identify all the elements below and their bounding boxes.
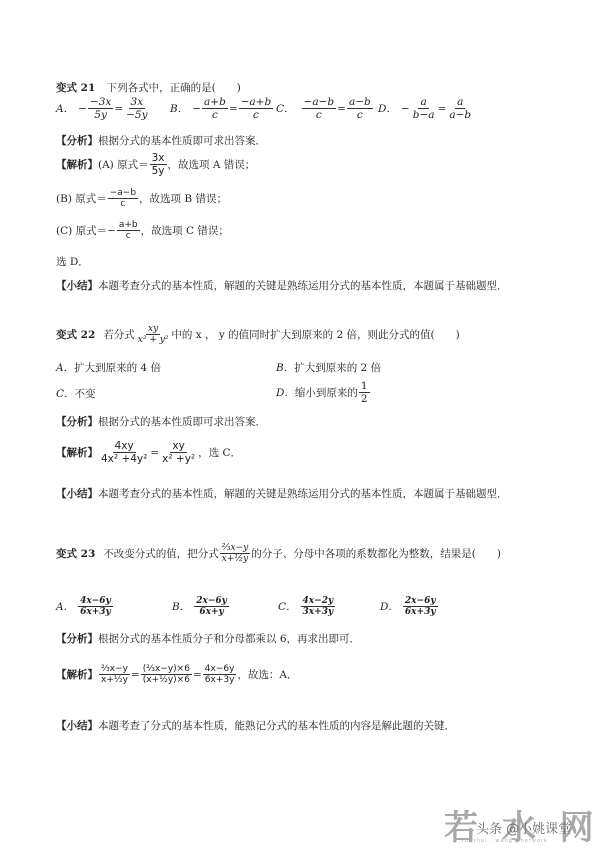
q22-stem-a: 若分式 [103, 327, 135, 342]
q22-summary: 【小结】本题考查分式的基本性质，解题的关键是熟练运用分式的基本性质，本题属于基础… [56, 486, 508, 501]
q21-option-a: A． − −3x5y = 3x−5y [56, 96, 170, 121]
numerator: a [418, 96, 428, 109]
q23-options: A． 4x−6y6x+3y B． 2x−6y6x+y C． 4x−2y3x+3y… [56, 596, 439, 618]
q22-title: 变式 22 [56, 327, 95, 342]
sign: − [401, 103, 410, 115]
analysis-text: 根据分式的基本性质即可求出答案． [98, 135, 266, 147]
solution-tag: 【解析】 [56, 445, 98, 460]
analysis-tag: 【分析】 [56, 633, 98, 645]
numerator: −a−b [302, 96, 337, 109]
numerator: a−b [347, 96, 373, 109]
q22-option-b: B．扩大到原来的 2 倍 [276, 360, 381, 375]
equals: = [150, 447, 159, 459]
numerator: ⅔x−y [220, 543, 250, 554]
solution-prefix: (B) 原式＝ [56, 191, 107, 206]
numerator: a [455, 96, 465, 109]
option-label: A． [56, 362, 74, 374]
numerator: xy [170, 440, 186, 453]
option-text: 不变 [75, 388, 96, 400]
solution-suffix: ，故选项 A 错误； [168, 157, 256, 172]
numerator: 2x−6y [194, 596, 229, 607]
denominator: a−b [447, 109, 473, 121]
denominator: 4x² +4y² [99, 453, 149, 465]
summary-text: 本题考查分式的基本性质，解题的关键是熟练运用分式的基本性质，本题属于基础题型． [98, 280, 508, 292]
q23-option-d: D． 2x−6y6x+3y [380, 596, 439, 618]
numerator: −a+b [239, 96, 274, 109]
watermark-overlay: 头条 @小姚课堂 [476, 818, 571, 837]
q22-option-d: D．缩小到原来的 12 [276, 380, 371, 405]
solution-suffix: ，故选项 B 错误； [139, 191, 227, 206]
sign: − [192, 103, 201, 115]
q23-option-c: C． 4x−2y3x+3y [278, 596, 380, 618]
solution-suffix: ，选 C． [198, 445, 241, 460]
denominator: 5y [150, 165, 167, 177]
denominator: 6x+y [197, 607, 225, 617]
denominator: 2 [359, 393, 370, 405]
option-label: B． [170, 101, 188, 116]
numerator: 3x [150, 152, 167, 165]
analysis-tag: 【分析】 [56, 135, 98, 147]
numerator: 1 [359, 380, 370, 393]
option-label: A． [56, 101, 74, 116]
denominator: 6x+3y [403, 607, 438, 617]
analysis-text: 根据分式的基本性质分子和分母都乘以 6，再求出即可． [98, 633, 360, 645]
analysis-text: 根据分式的基本性质即可求出答案． [98, 416, 266, 428]
summary-text: 本题考查分式的基本性质，解题的关键是熟练运用分式的基本性质，本题属于基础题型． [98, 488, 508, 500]
denominator: x+½y [99, 675, 130, 685]
q23-analysis: 【分析】根据分式的基本性质分子和分母都乘以 6，再求出即可． [56, 631, 360, 646]
numerator: a+b [117, 220, 140, 231]
option-label: D． [276, 385, 295, 400]
denominator: 6x+3y [78, 607, 113, 617]
q21-option-b: B． − a+bc = −a+bc [170, 96, 276, 121]
solution-tag: 【解析】 [56, 157, 98, 172]
q21-option-d: D． − ab−a = aa−b [378, 96, 474, 121]
option-label: C． [276, 101, 295, 116]
numerator: 4x−2y [301, 596, 336, 607]
summary-tag: 【小结】 [56, 280, 98, 292]
equals: = [193, 669, 202, 681]
option-label: D． [378, 101, 397, 116]
numerator: 4x−6y [78, 596, 113, 607]
q23-solution: 【解析】 ⅔x−yx+½y = (⅔x−y)×6(x+½y)×6 = 4x−6y… [56, 664, 298, 686]
option-label: B． [276, 362, 294, 374]
denominator: x+½y [220, 554, 250, 564]
option-label: C． [278, 599, 297, 614]
numerator: (⅔x−y)×6 [141, 664, 192, 675]
q23-stem-b: 的分子、分母中各项的系数都化为整数，结果是( ) [251, 546, 501, 561]
solution-prefix: (A) 原式＝ [98, 157, 149, 172]
q23-summary: 【小结】本题考查了分式的基本性质，能熟记分式的基本性质的内容是解此题的关键． [56, 718, 455, 733]
denominator: c [251, 109, 261, 121]
option-label: B． [172, 599, 190, 614]
numerator: 2x−6y [403, 596, 438, 607]
q21-title: 变式 21 [56, 82, 95, 94]
numerator: −3x [88, 96, 113, 109]
solution-suffix: ，故选项 C 错误； [141, 223, 229, 238]
numerator: −a−b [108, 188, 138, 199]
q22-analysis: 【分析】根据分式的基本性质即可求出答案． [56, 414, 266, 429]
solution-prefix: (C) 原式＝− [56, 223, 116, 238]
denominator: 5y [92, 109, 109, 121]
q22-solution: 【解析】 4xy4x² +4y² = xyx² +y² ，选 C． [56, 440, 241, 465]
equals: = [337, 103, 346, 115]
denominator: 6x+3y [203, 675, 237, 685]
q23-option-a: A． 4x−6y6x+3y [56, 596, 172, 618]
numerator: a+b [202, 96, 228, 109]
numerator: 4xy [113, 440, 136, 453]
numerator: 3x [129, 96, 146, 109]
q23-header: 变式 23 不改变分式的值，把分式 ⅔x−yx+½y 的分子、分母中各项的系数都… [56, 543, 501, 565]
q23-option-b: B． 2x−6y6x+y [172, 596, 278, 618]
q21-header: 变式 21 下列各式中，正确的是( ) [56, 80, 241, 95]
summary-tag: 【小结】 [56, 488, 98, 500]
equals: = [131, 669, 140, 681]
q22-option-c: C．不变 [56, 386, 96, 401]
q21-solution-b: (B) 原式＝ −a−bc ，故选项 B 错误； [56, 188, 227, 210]
denominator: x² + y² [136, 335, 171, 345]
denominator: 3x+3y [301, 607, 336, 617]
denominator: c [355, 109, 365, 121]
equals: = [438, 103, 447, 115]
equals: = [229, 103, 238, 115]
q21-stem: 下列各式中，正确的是( ) [107, 82, 241, 94]
solution-tag: 【解析】 [56, 667, 98, 682]
denominator: b−a [411, 109, 437, 121]
denominator: c [210, 109, 220, 121]
option-text: 扩大到原来的 4 倍 [74, 362, 161, 374]
denominator: c [314, 109, 324, 121]
q21-solution-c: (C) 原式＝− a+bc ，故选项 C 错误； [56, 220, 229, 242]
sign: − [78, 103, 87, 115]
numerator: ⅔x−y [99, 664, 130, 675]
option-label: D． [380, 599, 399, 614]
option-text: 缩小到原来的 [295, 385, 358, 400]
summary-text: 本题考查了分式的基本性质，能熟记分式的基本性质的内容是解此题的关键． [98, 720, 455, 732]
option-label: C． [56, 388, 75, 400]
q22-header: 变式 22 若分式 xyx² + y² 中的 x ， y 的值同时扩大到原来的 … [56, 324, 460, 346]
q22-stem-b: 中的 x ， y 的值同时扩大到原来的 2 倍，则此分式的值( ) [171, 327, 459, 342]
denominator: x² +y² [160, 453, 197, 465]
denominator: c [118, 199, 127, 209]
option-text: 扩大到原来的 2 倍 [294, 362, 381, 374]
q23-title: 变式 23 [56, 546, 95, 561]
q21-analysis: 【分析】根据分式的基本性质即可求出答案． [56, 133, 266, 148]
q21-choice: 选 D． [56, 254, 89, 269]
summary-tag: 【小结】 [56, 720, 98, 732]
q23-stem-a: 不改变分式的值，把分式 [103, 546, 219, 561]
denominator: (x+½y)×6 [141, 675, 192, 685]
analysis-tag: 【分析】 [56, 416, 98, 428]
denominator: −5y [124, 109, 149, 121]
denominator: c [124, 231, 133, 241]
q21-option-c: C． −a−bc = a−bc [276, 96, 378, 121]
numerator: xy [146, 324, 160, 335]
solution-suffix: ，故选：A． [237, 667, 297, 682]
q21-options: A． − −3x5y = 3x−5y B． − a+bc = −a+bc C． … [56, 96, 474, 121]
q21-solution-a: 【解析】 (A) 原式＝ 3x5y ，故选项 A 错误； [56, 152, 255, 177]
numerator: 4x−6y [203, 664, 237, 675]
q22-option-a: A．扩大到原来的 4 倍 [56, 360, 161, 375]
option-label: A． [56, 599, 74, 614]
equals: = [114, 103, 123, 115]
watermark-subtitle: ruoshui · wang · network [462, 838, 548, 844]
q21-summary: 【小结】本题考查分式的基本性质，解题的关键是熟练运用分式的基本性质，本题属于基础… [56, 278, 508, 293]
